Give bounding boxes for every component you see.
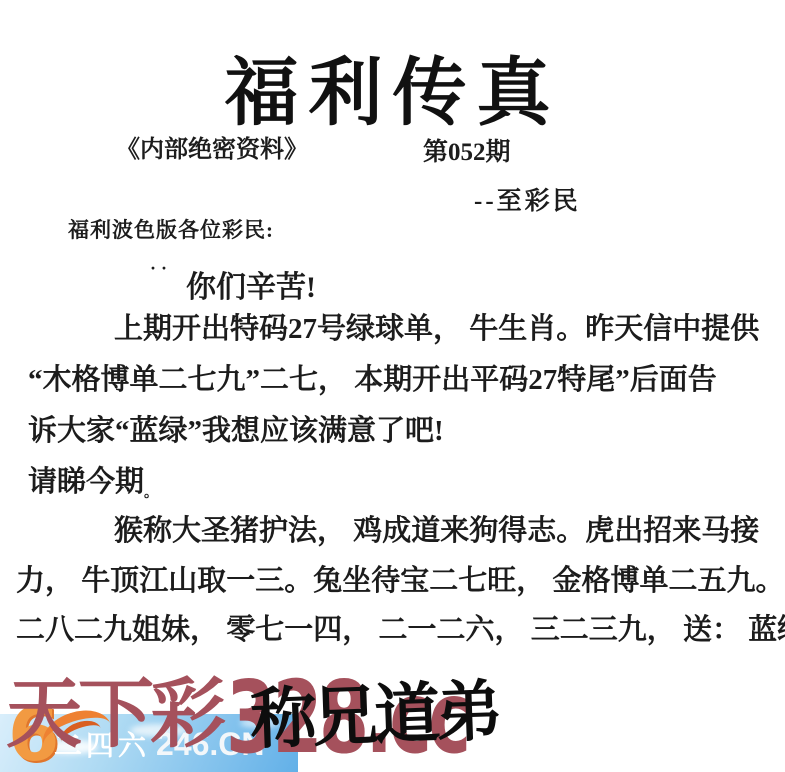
fax-page: 福利传真 《内部绝密资料》 第052期 --至彩民 福利波色版各位彩民: ·· … [0,0,785,772]
signature-calligraphy: 称兄道弟 [248,658,499,762]
source-label: 《内部绝密资料》 [116,129,308,164]
page-title: 福利传真 [0,34,785,140]
salutation-line: 福利波色版各位彩民: [68,214,274,244]
greeting-line: 你们辛苦! [186,262,316,306]
paragraph1-line3: 诉大家“蓝绿”我想应该满意了吧! [28,408,444,449]
watermark-site-name: 天下彩 [6,676,222,752]
paragraph2-line2: 力， 牛顶江山取一三。兔坐待宝二七旺， 金格博单二五九。 [16,558,785,599]
paragraph1-line2: “木格博单二七九”二七， 本期开出平码27特尾”后面告 [28,357,717,398]
issue-number: 第052期 [423,132,511,168]
dedication-line: --至彩民 [474,181,581,217]
paragraph2-line1: 猴称大圣猪护法， 鸡成道来狗得志。虎出招来马接 [114,508,759,549]
paragraph2-line3: 二八二九姐妹， 零七一四， 二一二六， 三二三九， 送： 蓝绿 [16,607,785,648]
paragraph1-line4-text: 请睇今期 [28,466,144,498]
pre-greeting-dots: ·· [150,258,172,279]
paragraph1-trailing-mark: 。 [144,486,158,501]
paragraph1-line4: 请睇今期。 [28,459,158,502]
paragraph1-line1: 上期开出特码27号绿球单， 牛生肖。昨天信中提供 [114,306,759,347]
